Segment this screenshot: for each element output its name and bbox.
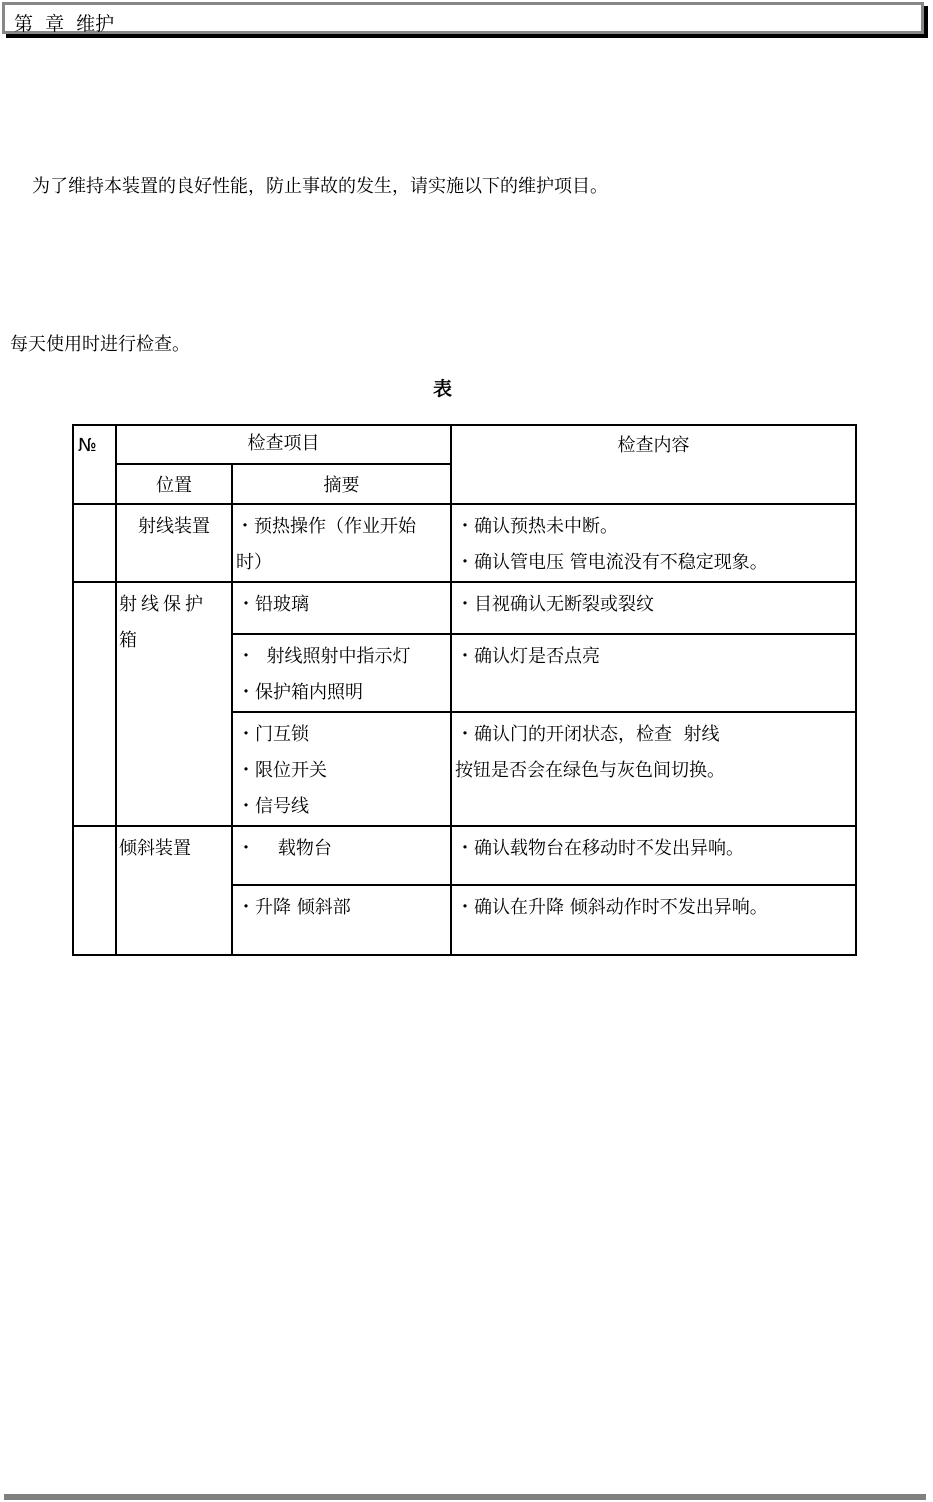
row-content: ・确认门的开闭状态，检查 射线 按钮是否会在绿色与灰色间切换。 bbox=[451, 712, 856, 826]
position-label: 射线装置 bbox=[117, 505, 231, 545]
header-summary-label: 摘要 bbox=[233, 465, 450, 503]
summary-line: ・铅玻璃 bbox=[237, 587, 446, 623]
summary-line: ・ 载物台 bbox=[237, 831, 446, 867]
content-line: ・确认管电压 管电流没有不稳定现象。 bbox=[456, 545, 851, 581]
daily-check-text: 每天使用时进行检查。 bbox=[10, 330, 190, 356]
content-line: ・目视确认无断裂或裂纹 bbox=[456, 587, 851, 623]
summary-line: ・保护箱内照明 bbox=[237, 675, 446, 711]
row-position: 射线装置 bbox=[116, 504, 232, 582]
header-position-label: 位置 bbox=[117, 465, 231, 503]
row-no bbox=[73, 826, 116, 955]
table-row: 倾斜装置 ・ 载物台 ・确认载物台在移动时不发出异响。 bbox=[73, 826, 856, 885]
content-line: 按钮是否会在绿色与灰色间切换。 bbox=[455, 753, 851, 789]
row-no bbox=[73, 504, 116, 582]
content-line: ・确认在升降 倾斜动作时不发出异响。 bbox=[456, 890, 851, 926]
header-check-item-label: 检查项目 bbox=[117, 426, 450, 458]
summary-line: ・信号线 bbox=[237, 789, 446, 825]
row-position: 射线保护箱 bbox=[116, 582, 232, 826]
row-content: ・确认在升降 倾斜动作时不发出异响。 bbox=[451, 885, 856, 955]
header-check-item: 检查项目 bbox=[116, 425, 451, 464]
row-content: ・确认灯是否点亮 bbox=[451, 634, 856, 712]
table-row: 射线装置 ・预热操作（作业开始 时） ・确认预热未中断。 ・确认管电压 管电流没… bbox=[73, 504, 856, 582]
header-summary: 摘要 bbox=[232, 464, 451, 504]
row-summary: ・升降 倾斜部 bbox=[232, 885, 451, 955]
content-line: ・确认预热未中断。 bbox=[456, 509, 851, 545]
row-no bbox=[73, 582, 116, 826]
summary-line: ・限位开关 bbox=[237, 753, 446, 789]
position-label: 倾斜装置 bbox=[117, 827, 231, 867]
row-summary: ・预热操作（作业开始 时） bbox=[232, 504, 451, 582]
header-no: № bbox=[73, 425, 116, 504]
row-content: ・确认载物台在移动时不发出异响。 bbox=[451, 826, 856, 885]
row-content: ・确认预热未中断。 ・确认管电压 管电流没有不稳定现象。 bbox=[451, 504, 856, 582]
intro-paragraph: 为了维持本装置的良好性能，防止事故的发生，请实施以下的维护项目。 bbox=[32, 172, 608, 198]
summary-line: ・升降 倾斜部 bbox=[237, 890, 446, 926]
content-line: ・确认门的开闭状态，检查 射线 bbox=[456, 717, 851, 753]
header-no-label: № bbox=[74, 426, 115, 462]
inspection-table: № 检查项目 检查内容 位置 摘要 射线装置 ・预热操作（作业开始 时） ・确认… bbox=[72, 424, 857, 956]
summary-line: ・ 射线照射中指示灯 bbox=[237, 639, 446, 675]
row-summary: ・铅玻璃 bbox=[232, 582, 451, 634]
chapter-title: 第 章 维护 bbox=[14, 9, 114, 36]
header-position: 位置 bbox=[116, 464, 232, 504]
table-row: 射线保护箱 ・铅玻璃 ・目视确认无断裂或裂纹 bbox=[73, 582, 856, 634]
row-summary: ・门互锁 ・限位开关 ・信号线 bbox=[232, 712, 451, 826]
chapter-header: 第 章 维护 bbox=[2, 2, 924, 34]
content-line: ・确认灯是否点亮 bbox=[456, 639, 851, 675]
row-summary: ・ 射线照射中指示灯 ・保护箱内照明 bbox=[232, 634, 451, 712]
footer-divider bbox=[4, 1494, 926, 1500]
header-check-content: 检查内容 bbox=[451, 425, 856, 504]
header-check-content-label: 检查内容 bbox=[452, 426, 855, 462]
position-label: 射线保护箱 bbox=[117, 583, 231, 659]
summary-line: ・预热操作（作业开始 bbox=[236, 509, 446, 545]
summary-line: 时） bbox=[236, 545, 446, 581]
row-summary: ・ 载物台 bbox=[232, 826, 451, 885]
summary-line: ・门互锁 bbox=[237, 717, 446, 753]
row-content: ・目视确认无断裂或裂纹 bbox=[451, 582, 856, 634]
content-line: ・确认载物台在移动时不发出异响。 bbox=[456, 831, 851, 867]
row-position: 倾斜装置 bbox=[116, 826, 232, 955]
table-title: 表 bbox=[433, 374, 452, 401]
